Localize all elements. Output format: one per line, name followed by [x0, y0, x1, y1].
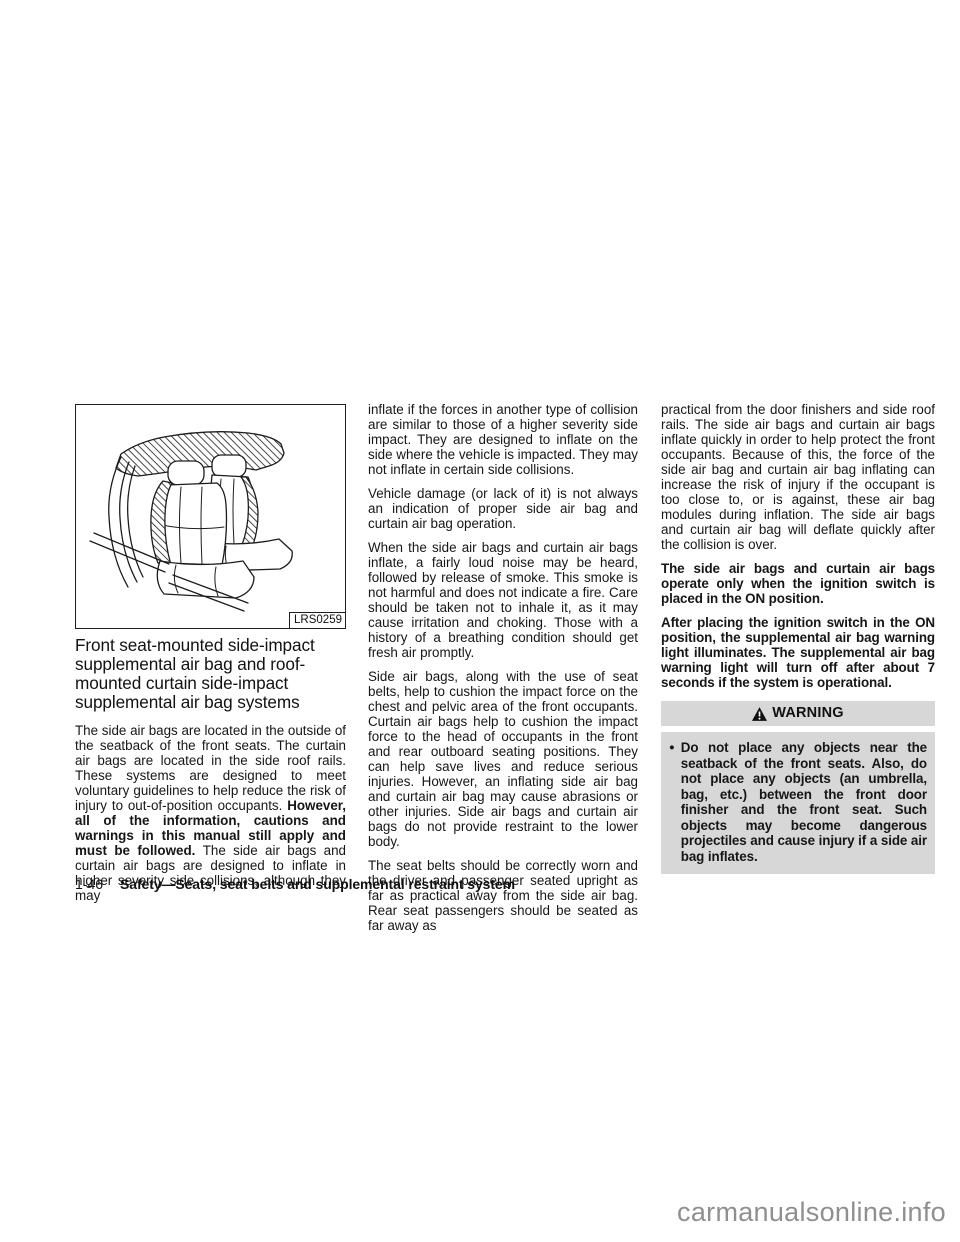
figure-code-label: LRS0259 — [289, 612, 345, 628]
column-left: Front seat-mounted side-impact supplemen… — [75, 636, 346, 912]
bullet-icon: ● — [669, 740, 675, 864]
warning-triangle-icon — [752, 707, 767, 721]
bold-notice-paragraph: The side air bags and curtain air bags o… — [661, 561, 935, 606]
warning-body: ● Do not place any objects near the seat… — [661, 732, 935, 874]
bold-notice-paragraph: After placing the ignition switch in the… — [661, 615, 935, 690]
chapter-title: Safety—Seats, seat belts and supplementa… — [120, 876, 515, 892]
column-right: practical from the door finishers and si… — [661, 402, 935, 874]
watermark-text: carmanualsonline.info — [677, 1197, 946, 1228]
body-paragraph: inflate if the forces in another type of… — [368, 402, 638, 477]
body-paragraph: Vehicle damage (or lack of it) is not al… — [368, 486, 638, 531]
warning-text: Do not place any objects near the seatba… — [681, 740, 927, 864]
page-number: 1-46 — [75, 876, 103, 892]
warning-header: WARNING — [661, 701, 935, 726]
body-paragraph: When the side air bags and curtain air b… — [368, 540, 638, 660]
column-middle: inflate if the forces in another type of… — [368, 402, 638, 942]
warning-list-item: ● Do not place any objects near the seat… — [667, 740, 927, 864]
body-paragraph: The seat belts should be correctly worn … — [368, 858, 638, 933]
page-footer: 1-46Safety—Seats, seat belts and supplem… — [75, 876, 515, 893]
seat-airbag-drawing — [76, 405, 345, 628]
figure-airbag-illustration: LRS0259 — [75, 404, 346, 629]
section-heading: Front seat-mounted side-impact supplemen… — [75, 636, 346, 712]
body-paragraph: practical from the door finishers and si… — [661, 402, 935, 552]
warning-title: WARNING — [772, 706, 843, 721]
warning-box: WARNING ● Do not place any objects near … — [661, 701, 935, 874]
body-paragraph: Side air bags, along with the use of sea… — [368, 669, 638, 849]
